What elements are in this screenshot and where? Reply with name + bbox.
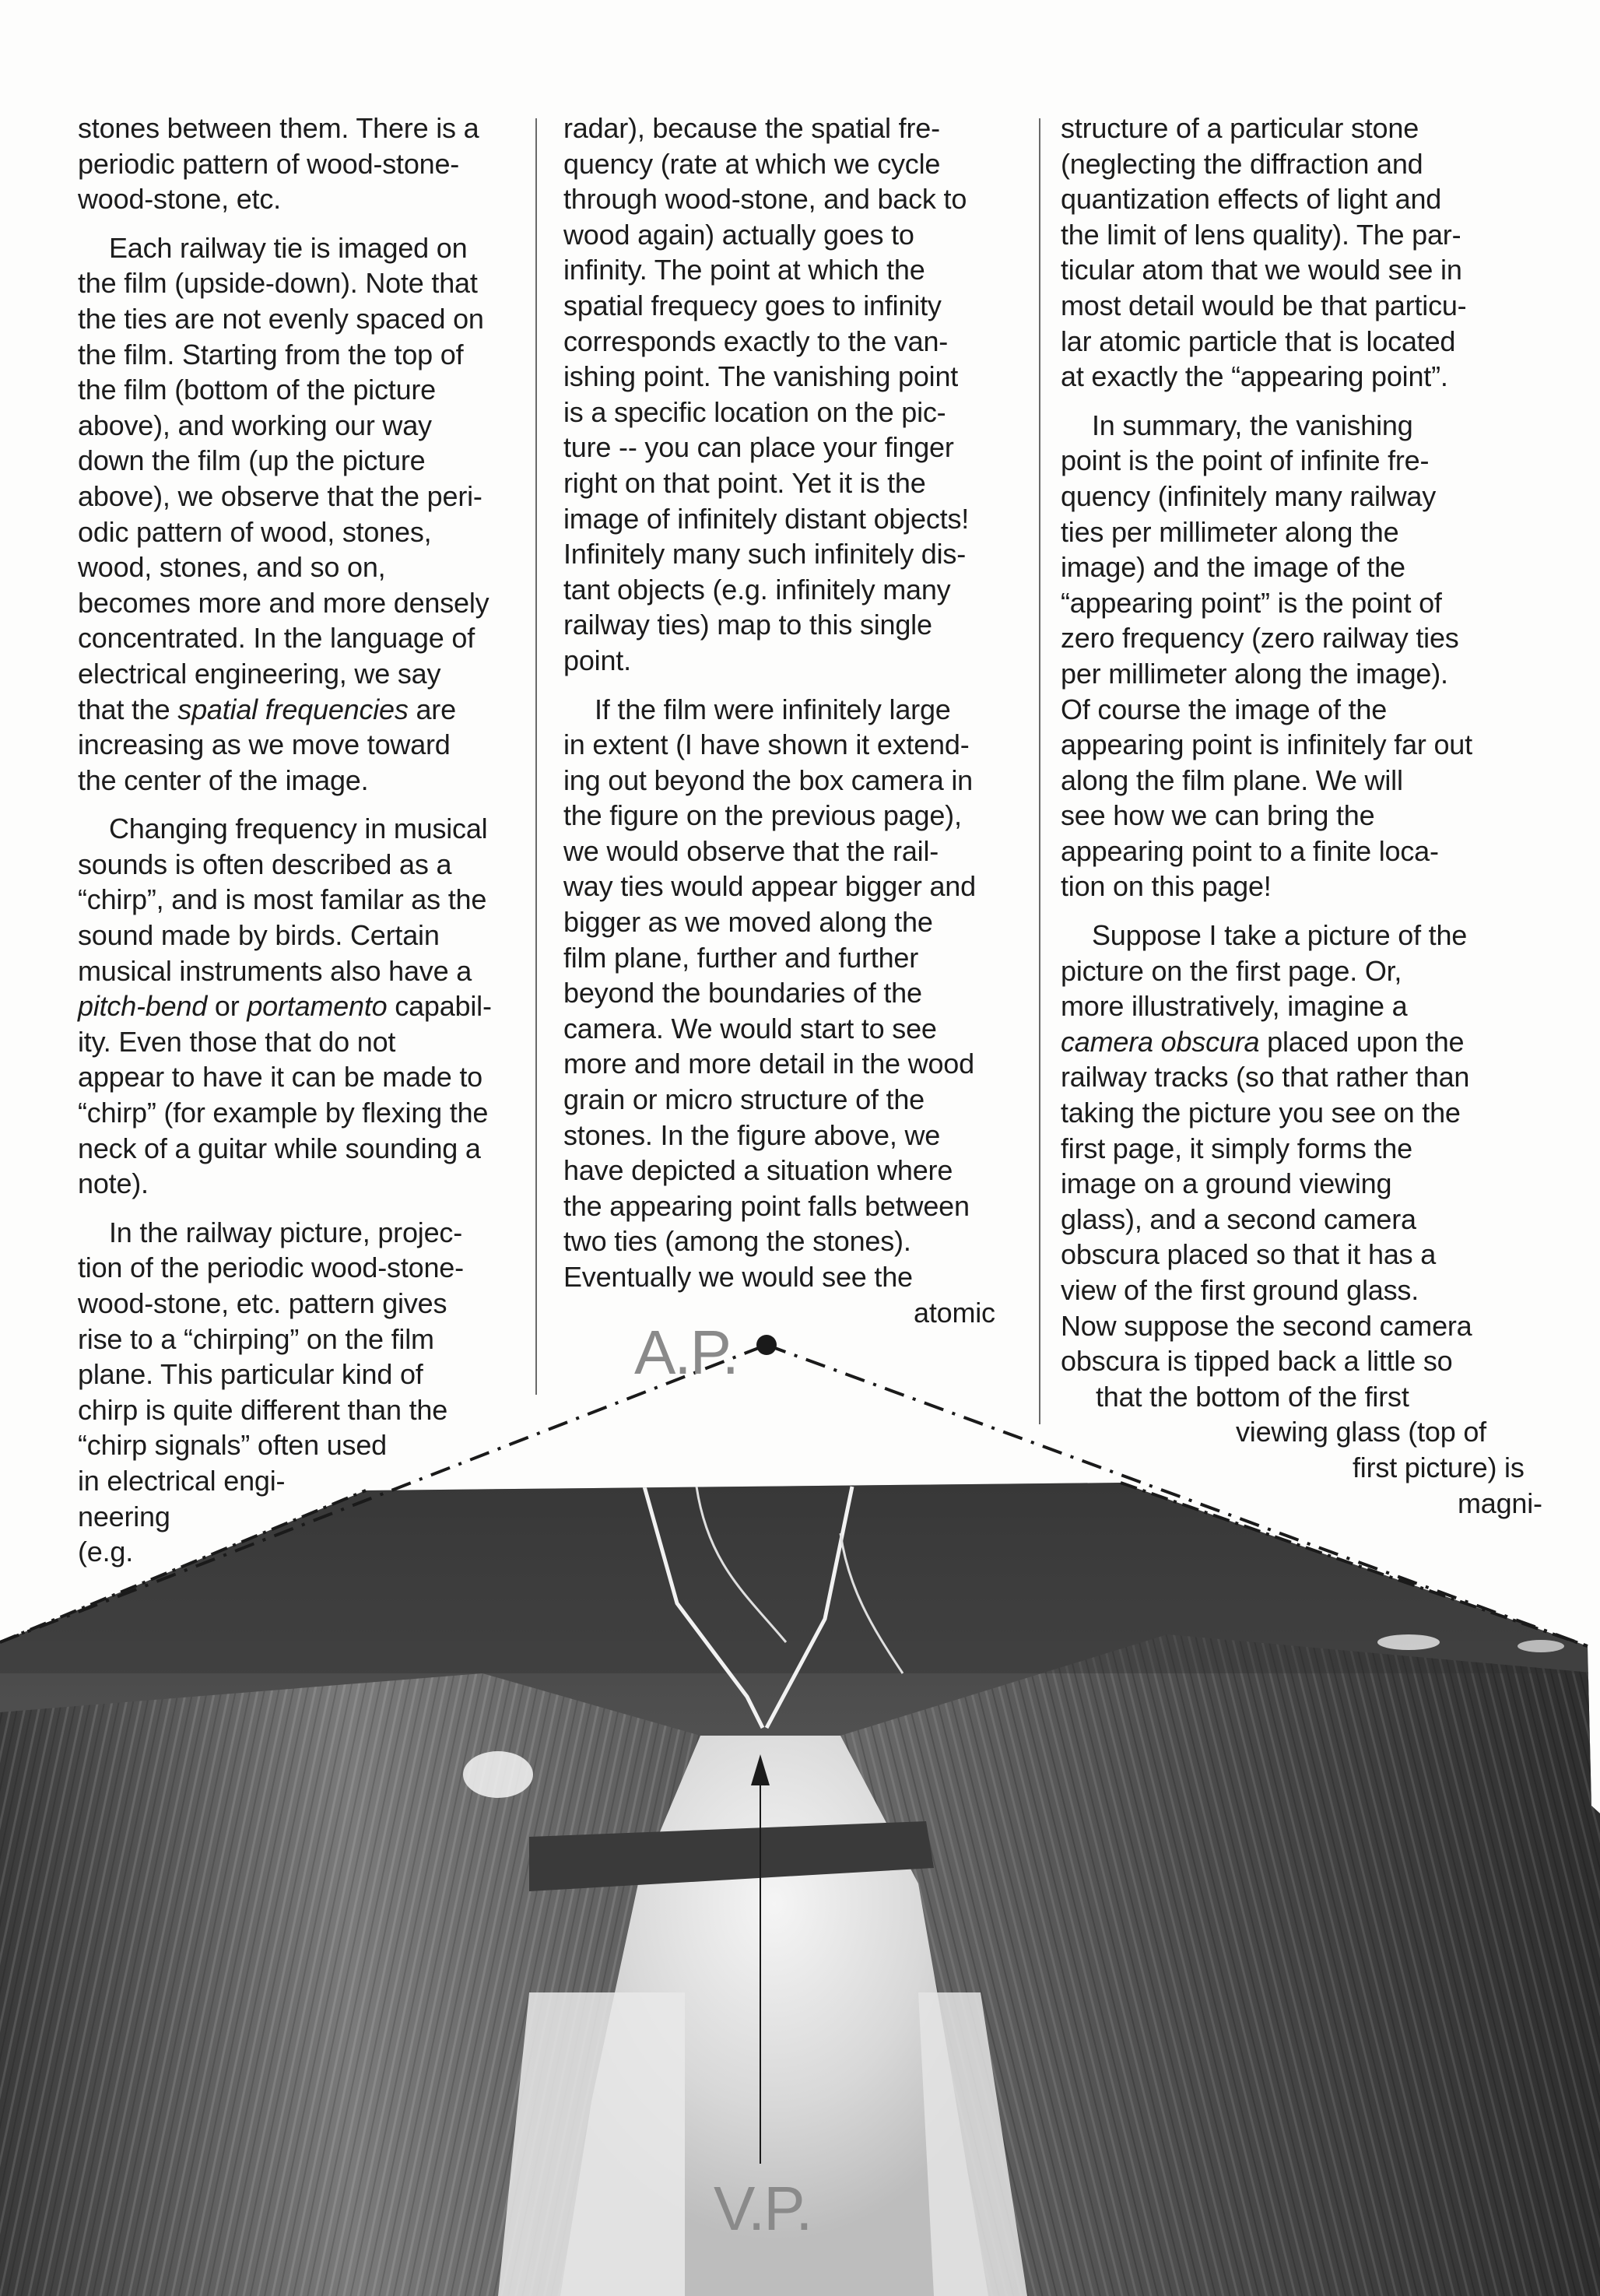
text-line: down the film (up the picture xyxy=(78,443,545,479)
text-line: concentrated. In the language of xyxy=(78,620,545,656)
text-line: “chirp”, and is most familar as the xyxy=(78,882,545,918)
text-line: the ties are not evenly spaced on xyxy=(78,301,545,337)
text-line: increasing as we move toward xyxy=(78,727,545,763)
text-line: is a specific location on the pic- xyxy=(563,395,1030,430)
text-line: railway tracks (so that rather than xyxy=(1061,1059,1543,1095)
text-line: If the film were infinitely large xyxy=(563,692,1030,728)
text-line: in extent (I have shown it extend- xyxy=(563,727,1030,763)
paragraph: If the film were infinitely largein exte… xyxy=(563,692,1030,1331)
text-line: ishing point. The vanishing point xyxy=(563,359,1030,395)
text-line: the appearing point falls between xyxy=(563,1188,1030,1224)
text-line: appearing point is infinitely far out xyxy=(1061,727,1543,763)
text-line: that the spatial frequencies are xyxy=(78,692,545,728)
text-line: film plane, further and further xyxy=(563,940,1030,976)
text-line: the film. Starting from the top of xyxy=(78,337,545,373)
text-line: quency (rate at which we cycle xyxy=(563,146,1030,182)
text-line: more illustratively, imagine a xyxy=(1061,988,1543,1024)
text-line: image of infinitely distant objects! xyxy=(563,501,1030,537)
text-line: In the railway picture, projec- xyxy=(78,1215,545,1251)
text-line: structure of a particular stone xyxy=(1061,111,1543,146)
text-line: point. xyxy=(563,643,1030,679)
text-line: wood-stone, etc. pattern gives xyxy=(78,1286,545,1322)
text-line: stones between them. There is a xyxy=(78,111,545,146)
text-line: way ties would appear bigger and xyxy=(563,869,1030,904)
text-line: railway ties) map to this single xyxy=(563,607,1030,643)
paragraph: radar), because the spatial fre-quency (… xyxy=(563,111,1030,679)
text-line: image) and the image of the xyxy=(1061,549,1543,585)
text-column-1: stones between them. There is aperiodic … xyxy=(78,111,545,1570)
text-line: camera. We would start to see xyxy=(563,1011,1030,1047)
text-line: the limit of lens quality). The par- xyxy=(1061,217,1543,253)
text-line: appearing point to a finite loca- xyxy=(1061,834,1543,869)
text-line: “chirp signals” often used xyxy=(78,1427,545,1463)
text-line: ticular atom that we would see in xyxy=(1061,252,1543,288)
text-line: “chirp” (for example by flexing the xyxy=(78,1095,545,1131)
text-line: Infinitely many such infinitely dis- xyxy=(563,536,1030,572)
text-line: right on that point. Yet it is the xyxy=(563,465,1030,501)
text-line: Of course the image of the xyxy=(1061,692,1543,728)
paragraph: In the railway picture, projec-tion of t… xyxy=(78,1215,545,1570)
text-line: image on a ground viewing xyxy=(1061,1166,1543,1202)
text-line: appear to have it can be made to xyxy=(78,1059,545,1095)
text-line: In summary, the vanishing xyxy=(1061,408,1543,444)
text-line: Changing frequency in musical xyxy=(78,811,545,847)
text-line: through wood-stone, and back to xyxy=(563,181,1030,217)
text-line: ture -- you can place your finger xyxy=(563,430,1030,465)
text-column-2: radar), because the spatial fre-quency (… xyxy=(563,111,1030,1330)
text-line: camera obscura placed upon the xyxy=(1061,1024,1543,1060)
text-line: picture on the first page. Or, xyxy=(1061,953,1543,989)
vp-arrowhead-icon xyxy=(751,1754,770,1785)
text-line: wood again) actually goes to xyxy=(563,217,1030,253)
appearing-point-dot xyxy=(756,1335,777,1355)
text-line: magni- xyxy=(1061,1486,1543,1522)
text-line: that the bottom of the first xyxy=(1061,1379,1543,1415)
paragraph: structure of a particular stone(neglecti… xyxy=(1061,111,1543,395)
text-line: beyond the boundaries of the xyxy=(563,975,1030,1011)
text-line: (e.g. xyxy=(78,1534,545,1570)
paragraph: stones between them. There is aperiodic … xyxy=(78,111,545,217)
paragraph: Suppose I take a picture of thepicture o… xyxy=(1061,918,1543,1521)
text-line: see how we can bring the xyxy=(1061,798,1543,834)
text-line: Now suppose the second camera xyxy=(1061,1308,1543,1344)
text-line: ties per millimeter along the xyxy=(1061,514,1543,550)
text-line: atomic xyxy=(563,1295,1030,1331)
text-column-3: structure of a particular stone(neglecti… xyxy=(1061,111,1543,1521)
text-line: at exactly the “appearing point”. xyxy=(1061,359,1543,395)
text-line: periodic pattern of wood-stone- xyxy=(78,146,545,182)
text-line: have depicted a situation where xyxy=(563,1153,1030,1188)
text-line: tion on this page! xyxy=(1061,869,1543,904)
text-line: chirp is quite different than the xyxy=(78,1392,545,1428)
text-line: obscura is tipped back a little so xyxy=(1061,1343,1543,1379)
paragraph: Each railway tie is imaged onthe film (u… xyxy=(78,230,545,799)
text-line: ing out beyond the box camera in xyxy=(563,763,1030,799)
text-line: “appearing point” is the point of xyxy=(1061,585,1543,621)
text-line: quency (infinitely many railway xyxy=(1061,479,1543,514)
text-line: the figure on the previous page), xyxy=(563,798,1030,834)
text-line: sound made by birds. Certain xyxy=(78,918,545,953)
paragraph: In summary, the vanishingpoint is the po… xyxy=(1061,408,1543,904)
text-line: the film (bottom of the picture xyxy=(78,372,545,408)
text-line: point is the point of infinite fre- xyxy=(1061,443,1543,479)
text-line: two ties (among the stones). xyxy=(563,1223,1030,1259)
text-line: along the film plane. We will xyxy=(1061,763,1543,799)
text-line: stones. In the figure above, we xyxy=(563,1118,1030,1153)
text-line: ity. Even those that do not xyxy=(78,1024,545,1060)
column-divider-2 xyxy=(1039,118,1040,1424)
paragraph: Changing frequency in musicalsounds is o… xyxy=(78,811,545,1202)
text-line: plane. This particular kind of xyxy=(78,1357,545,1392)
text-line: in electrical engi- xyxy=(78,1463,545,1499)
text-line: glass), and a second camera xyxy=(1061,1202,1543,1238)
text-line: quantization effects of light and xyxy=(1061,181,1543,217)
text-line: wood-stone, etc. xyxy=(78,181,545,217)
text-line: radar), because the spatial fre- xyxy=(563,111,1030,146)
text-line: we would observe that the rail- xyxy=(563,834,1030,869)
text-line: Suppose I take a picture of the xyxy=(1061,918,1543,953)
text-line: obscura placed so that it has a xyxy=(1061,1237,1543,1273)
text-line: pitch-bend or portamento capabil- xyxy=(78,988,545,1024)
document-page: A.P. V.P. stones between them. There is … xyxy=(0,0,1600,2296)
text-line: rise to a “chirping” on the film xyxy=(78,1322,545,1357)
text-line: taking the picture you see on the xyxy=(1061,1095,1543,1131)
text-line: musical instruments also have a xyxy=(78,953,545,989)
text-line: grain or micro structure of the xyxy=(563,1082,1030,1118)
text-line: bigger as we moved along the xyxy=(563,904,1030,940)
text-line: the film (upside-down). Note that xyxy=(78,265,545,301)
text-line: the center of the image. xyxy=(78,763,545,799)
text-line: zero frequency (zero railway ties xyxy=(1061,620,1543,656)
text-line: more and more detail in the wood xyxy=(563,1046,1030,1082)
text-line: view of the first ground glass. xyxy=(1061,1273,1543,1308)
text-line: lar atomic particle that is located xyxy=(1061,324,1543,360)
text-line: infinity. The point at which the xyxy=(563,252,1030,288)
vanishing-point-label: V.P. xyxy=(714,2173,812,2245)
text-line: Each railway tie is imaged on xyxy=(78,230,545,266)
text-line: corresponds exactly to the van- xyxy=(563,324,1030,360)
text-line: neering xyxy=(78,1499,545,1535)
text-line: neck of a guitar while sounding a xyxy=(78,1131,545,1167)
text-line: Eventually we would see the xyxy=(563,1259,1030,1295)
text-line: note). xyxy=(78,1166,545,1202)
text-line: electrical engineering, we say xyxy=(78,656,545,692)
text-line: sounds is often described as a xyxy=(78,847,545,883)
photo-region xyxy=(0,1471,1600,2296)
text-line: tant objects (e.g. infinitely many xyxy=(563,572,1030,608)
text-line: viewing glass (top of xyxy=(1061,1414,1543,1450)
text-line: spatial frequecy goes to infinity xyxy=(563,288,1030,324)
text-line: above), and working our way xyxy=(78,408,545,444)
text-line: first page, it simply forms the xyxy=(1061,1131,1543,1167)
text-line: becomes more and more densely xyxy=(78,585,545,621)
text-line: most detail would be that particu- xyxy=(1061,288,1543,324)
text-line: (neglecting the diffraction and xyxy=(1061,146,1543,182)
text-line: tion of the periodic wood-stone- xyxy=(78,1250,545,1286)
text-line: odic pattern of wood, stones, xyxy=(78,514,545,550)
text-line: per millimeter along the image). xyxy=(1061,656,1543,692)
text-line: wood, stones, and so on, xyxy=(78,549,545,585)
text-line: above), we observe that the peri- xyxy=(78,479,545,514)
text-line: first picture) is xyxy=(1061,1450,1543,1486)
